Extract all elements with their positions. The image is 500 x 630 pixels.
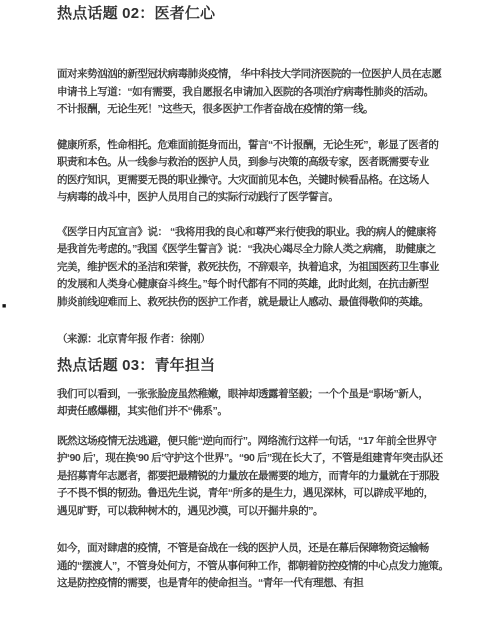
paragraph-post90s-generation: 既然这场疫情无法逃避，便只能“逆向而行”。网络流行这样一句话，“17 年前全世界…	[57, 433, 488, 521]
source-attribution: （来源：北京青年报 作者：徐刚）	[57, 331, 488, 349]
topic-heading-02: 热点话题 02：医者仁心	[57, 4, 488, 24]
topic-section-03: 热点话题 03：青年担当 我们可以看到，一张张脸庞虽然稚嫩，眼神却透露着坚毅；一…	[57, 356, 488, 593]
document-page: ■ 热点话题 02：医者仁心 面对来势汹汹的新型冠状病毒肺炎疫情， 华中科技大学…	[0, 0, 500, 630]
topic-section-02: 热点话题 02：医者仁心 面对来势汹汹的新型冠状病毒肺炎疫情， 华中科技大学同济…	[57, 4, 488, 349]
paragraph-geneva-declaration: 《医学日内瓦宣言》说： “我将用我的良心和尊严来行使我的职业。我的病人的健康将 …	[57, 224, 488, 312]
stray-bullet-marker: ■	[2, 303, 6, 310]
topic-heading-03: 热点话题 03：青年担当	[57, 356, 488, 376]
paragraph-medics-pledge: 面对来势汹汹的新型冠状病毒肺炎疫情， 华中科技大学同济医院的一位医护人员在志愿 …	[57, 66, 488, 119]
paragraph-young-faces: 我们可以看到，一张张脸庞虽然稚嫩，眼神却透露着坚毅；一个个虽是“职场”新人， 却…	[57, 386, 488, 421]
paragraph-medics-duty: 健康所系，性命相托。危难面前挺身而出，誓言“不计报酬，无论生死”，彰显了医者的 …	[57, 137, 488, 207]
paragraph-youth-mission: 如今，面对肆虐的疫情，不管是奋战在一线的医护人员，还是在幕后保障物资运输畅 通的…	[57, 540, 488, 593]
